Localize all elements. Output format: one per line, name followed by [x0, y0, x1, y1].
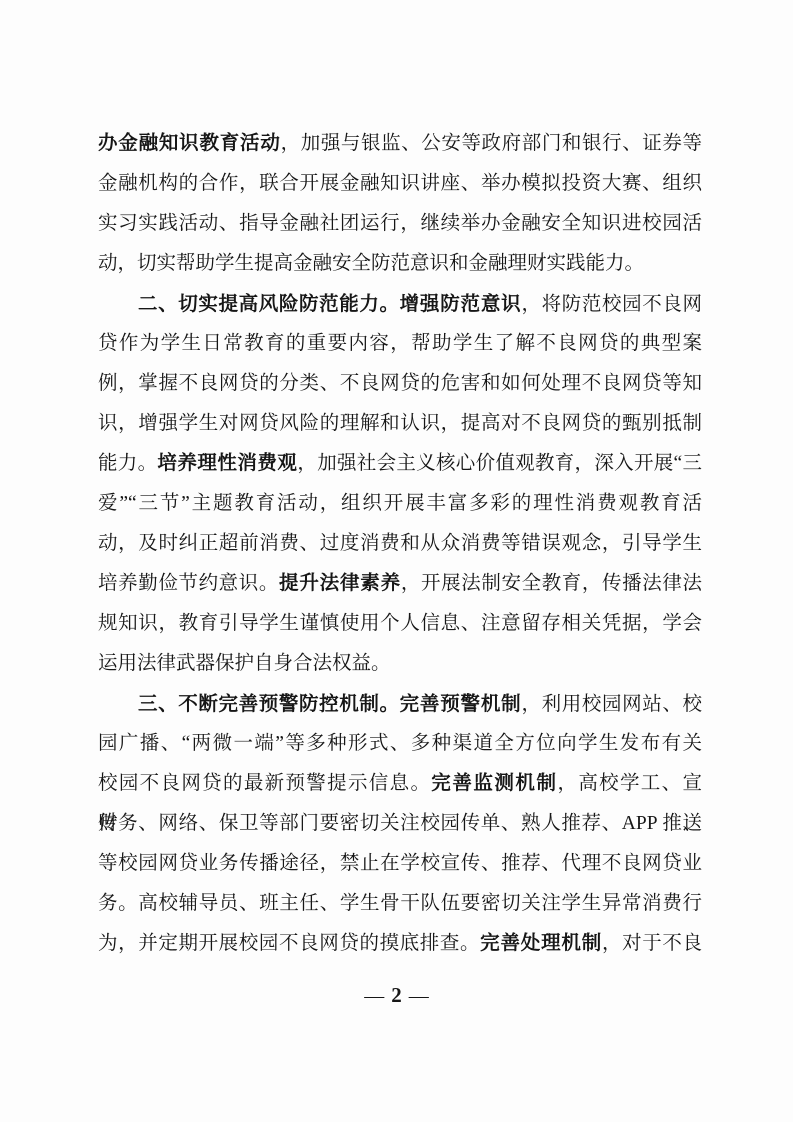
body-text-run: 为，并定期开展校园不良网贷的摸底排查。 [98, 933, 480, 954]
body-text-run: 爱”“三节”主题教育活动，组织开展丰富多彩的理性消费观教育活 [98, 493, 702, 514]
text-line: 办金融知识教育活动，加强与银监、公安等政府部门和银行、证券等 [98, 124, 702, 164]
emphasis-text: 培养理性消费观 [157, 453, 297, 474]
body-text-run: 贷作为学生日常教育的重要内容，帮助学生了解不良网贷的典型案 [98, 333, 702, 354]
text-line: 能力。培养理性消费观，加强社会主义核心价值观教育，深入开展“三 [98, 444, 702, 484]
body-text-run: ，将防范校园不良网 [522, 294, 702, 315]
body-text-run: 实习实践活动、指导金融社团运行，继续举办金融安全知识进校园活 [98, 213, 702, 234]
emphasis-text: 完善监测机制 [431, 773, 557, 794]
emphasis-text: 办金融知识教育活动 [98, 133, 281, 154]
emphasis-text: 完善预警机制 [400, 694, 522, 715]
text-line: 金融机构的合作，联合开展金融知识讲座、举办模拟投资大赛、组织 [98, 164, 702, 204]
body-text-run: ，加强与银监、公安等政府部门和银行、证券等 [281, 133, 702, 154]
page-footer: —2— [0, 983, 793, 1008]
footer-right-dash: — [409, 985, 429, 1007]
text-line: 园广播、“两微一端”等多种形式、多种渠道全方位向学生发布有关 [98, 724, 702, 764]
text-line: 二、切实提高风险防范能力。增强防范意识，将防范校园不良网 [98, 284, 702, 324]
body-text-run: 运用法律武器保护自身合法权益。 [98, 653, 391, 674]
body-text-run: ，对于不良 [602, 933, 702, 954]
text-line: 为，并定期开展校园不良网贷的摸底排查。完善处理机制，对于不良 [98, 924, 702, 964]
text-line: 贷作为学生日常教育的重要内容，帮助学生了解不良网贷的典型案 [98, 324, 702, 364]
text-line: 校园不良网贷的最新预警提示信息。完善监测机制，高校学工、宣传、 [98, 764, 702, 804]
body-text-run: 动，及时纠正超前消费、过度消费和从众消费等错误观念，引导学生 [98, 533, 702, 554]
emphasis-text: 提升法律素养 [279, 573, 401, 594]
emphasis-text: 完善处理机制 [480, 933, 602, 954]
footer-left-dash: — [364, 985, 384, 1007]
text-line: 动，切实帮助学生提高金融安全防范意识和金融理财实践能力。 [98, 244, 702, 284]
document-page: 办金融知识教育活动，加强与银监、公安等政府部门和银行、证券等金融机构的合作，联合… [0, 0, 793, 1122]
text-line: 培养勤俭节约意识。提升法律素养，开展法制安全教育，传播法律法 [98, 564, 702, 604]
text-line: 动，及时纠正超前消费、过度消费和从众消费等错误观念，引导学生 [98, 524, 702, 564]
body-text-run: 金融机构的合作，联合开展金融知识讲座、举办模拟投资大赛、组织 [98, 173, 702, 194]
body-text-run: 能力。 [98, 453, 157, 474]
body-text-run: ，加强社会主义核心价值观教育，深入开展“三 [297, 453, 702, 474]
text-line: 识，增强学生对网贷风险的理解和认识，提高对不良网贷的甄别抵制 [98, 404, 702, 444]
text-line: 财务、网络、保卫等部门要密切关注校园传单、熟人推荐、APP 推送 [98, 804, 702, 844]
text-line: 三、不断完善预警防控机制。完善预警机制，利用校园网站、校 [98, 684, 702, 724]
body-text-run: 等校园网贷业务传播途径，禁止在学校宣传、推荐、代理不良网贷业 [98, 853, 702, 874]
heading-text: 二、切实提高风险防范能力。 [138, 293, 400, 315]
body-text-run: 校园不良网贷的最新预警提示信息。 [98, 773, 431, 794]
page-number: 2 [391, 983, 402, 1007]
text-line: 务。高校辅导员、班主任、学生骨干队伍要密切关注学生异常消费行 [98, 884, 702, 924]
text-line: 规知识，教育引导学生谨慎使用个人信息、注意留存相关凭据，学会 [98, 604, 702, 644]
body-text-run: 例，掌握不良网贷的分类、不良网贷的危害和如何处理不良网贷等知 [98, 373, 702, 394]
body-text-run: 务。高校辅导员、班主任、学生骨干队伍要密切关注学生异常消费行 [98, 893, 702, 914]
body-text-run: ，利用校园网站、校 [522, 694, 702, 715]
text-line: 运用法律武器保护自身合法权益。 [98, 644, 702, 684]
body-text-run: 动，切实帮助学生提高金融安全防范意识和金融理财实践能力。 [98, 253, 644, 274]
body-text-run: ，开展法制安全教育，传播法律法 [401, 573, 702, 594]
body-text-run: 规知识，教育引导学生谨慎使用个人信息、注意留存相关凭据，学会 [98, 613, 702, 634]
body-text-run: 培养勤俭节约意识。 [98, 573, 279, 594]
text-line: 实习实践活动、指导金融社团运行，继续举办金融安全知识进校园活 [98, 204, 702, 244]
emphasis-text: 增强防范意识 [400, 294, 522, 315]
text-line: 例，掌握不良网贷的分类、不良网贷的危害和如何处理不良网贷等知 [98, 364, 702, 404]
body-text: 办金融知识教育活动，加强与银监、公安等政府部门和银行、证券等金融机构的合作，联合… [98, 124, 702, 964]
body-text-run: 财务、网络、保卫等部门要密切关注校园传单、熟人推荐、APP 推送 [98, 813, 702, 834]
body-text-run: 识，增强学生对网贷风险的理解和认识，提高对不良网贷的甄别抵制 [98, 413, 702, 434]
text-line: 等校园网贷业务传播途径，禁止在学校宣传、推荐、代理不良网贷业 [98, 844, 702, 884]
body-text-run: 园广播、“两微一端”等多种形式、多种渠道全方位向学生发布有关 [98, 733, 702, 754]
heading-text: 三、不断完善预警防控机制。 [138, 693, 400, 715]
text-line: 爱”“三节”主题教育活动，组织开展丰富多彩的理性消费观教育活 [98, 484, 702, 524]
